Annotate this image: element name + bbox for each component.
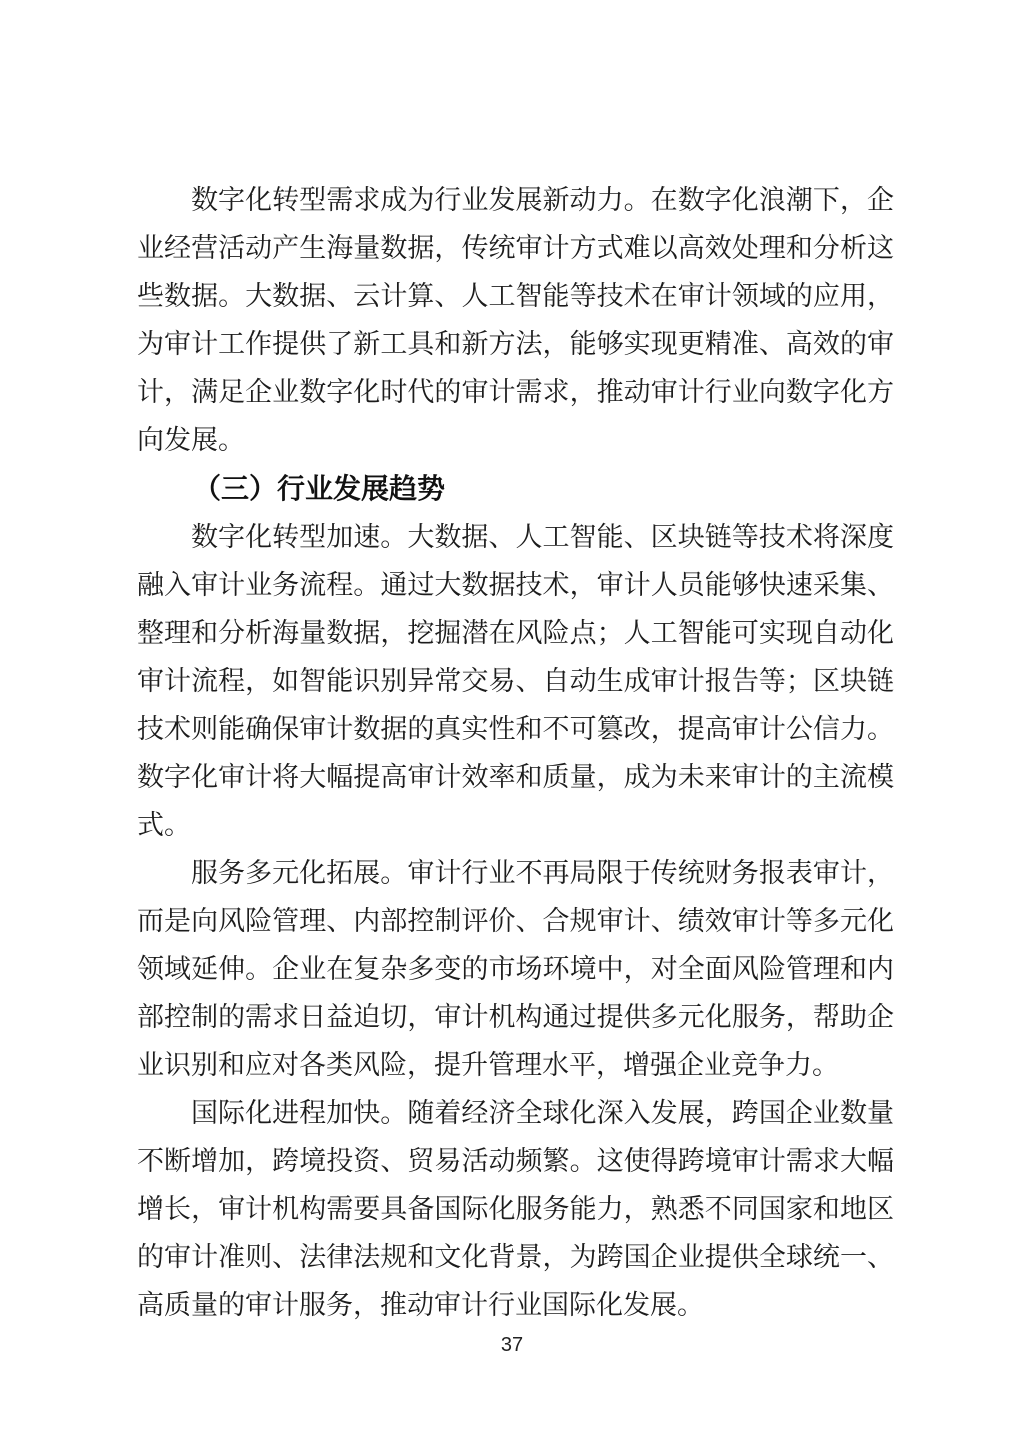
paragraph-digital-transformation-driver: 数字化转型需求成为行业发展新动力。在数字化浪潮下，企业经营活动产生海量数据，传统… — [137, 176, 894, 464]
page-number: 37 — [501, 1334, 523, 1356]
document-page: 数字化转型需求成为行业发展新动力。在数字化浪潮下，企业经营活动产生海量数据，传统… — [0, 0, 1024, 1448]
paragraph-internationalization: 国际化进程加快。随着经济全球化深入发展，跨国企业数量不断增加，跨境投资、贸易活动… — [137, 1089, 894, 1329]
page-footer: 37 — [0, 1334, 1024, 1357]
section-heading-industry-trends: （三）行业发展趋势 — [137, 464, 894, 513]
document-body: 数字化转型需求成为行业发展新动力。在数字化浪潮下，企业经营活动产生海量数据，传统… — [137, 176, 894, 1329]
paragraph-service-diversification: 服务多元化拓展。审计行业不再局限于传统财务报表审计，而是向风险管理、内部控制评价… — [137, 849, 894, 1089]
paragraph-digital-transformation-acceleration: 数字化转型加速。大数据、人工智能、区块链等技术将深度融入审计业务流程。通过大数据… — [137, 513, 894, 849]
